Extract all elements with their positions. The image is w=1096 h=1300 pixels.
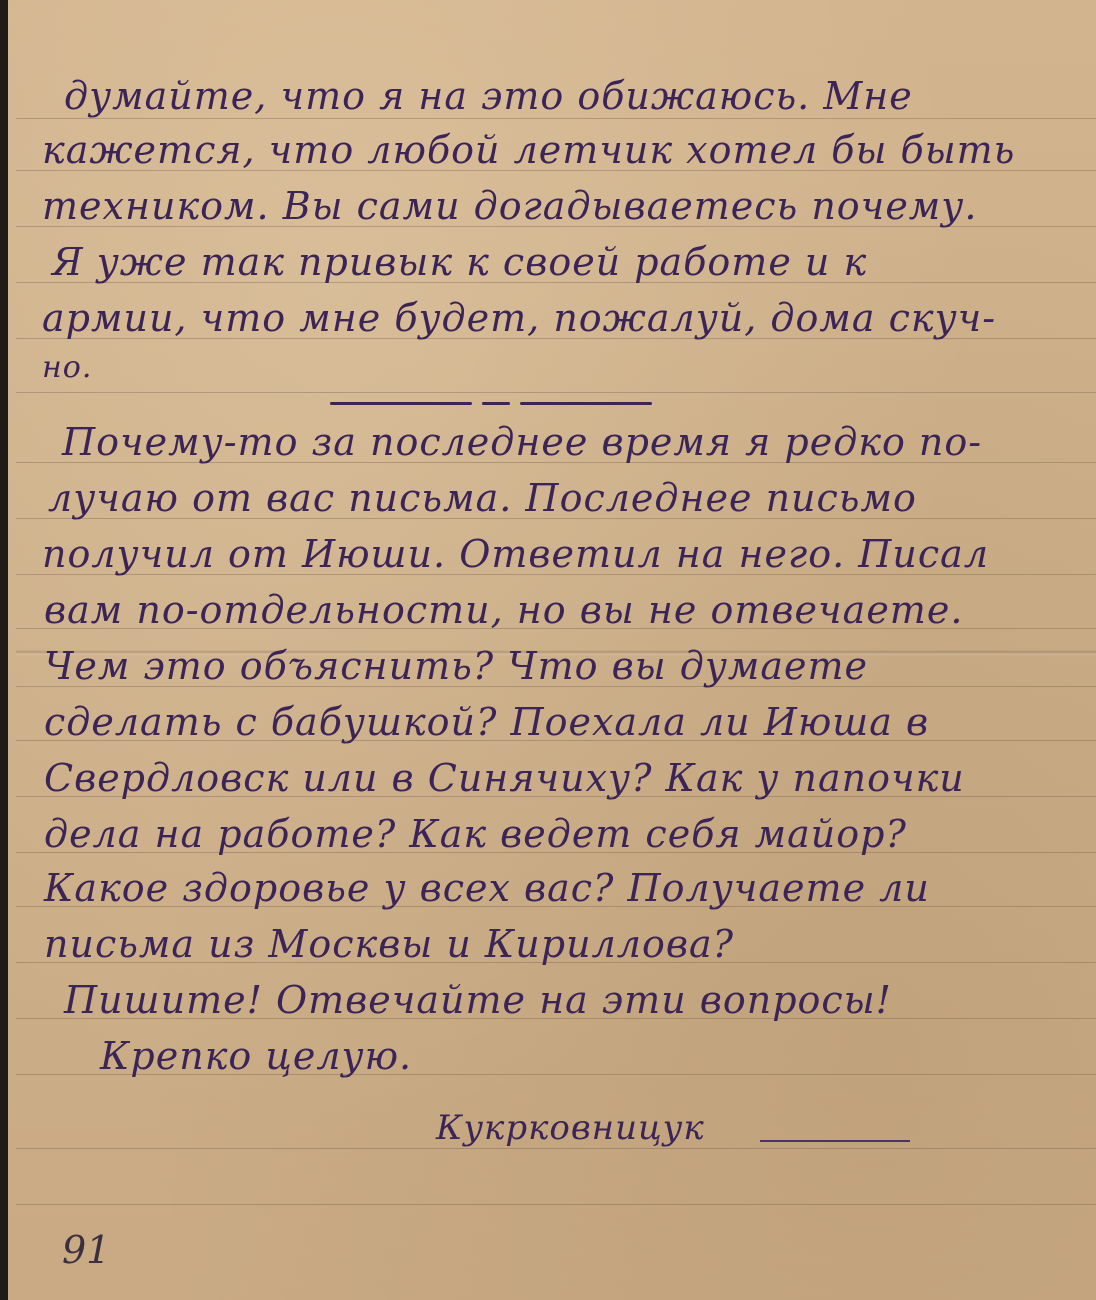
letter-line: кажется, что любой летчик хотел бы быть <box>42 128 1015 172</box>
letter-line: Какое здоровье у всех вас? Получаете ли <box>44 866 930 910</box>
letter-line: думайте, что я на это обижаюсь. Мне <box>64 74 913 118</box>
letter-line: письма из Москвы и Кириллова? <box>44 922 734 966</box>
letter-line: Свердловск или в Синячиху? Как у папочки <box>44 756 965 800</box>
letter-line: Я уже так привык к своей работе и к <box>52 240 867 284</box>
ruled-line <box>16 1204 1096 1205</box>
scan-edge <box>0 0 8 1300</box>
ruled-line <box>16 118 1096 119</box>
page-number: 91 <box>62 1228 110 1272</box>
letter-line: Почему-то за последнее время я редко по- <box>62 420 982 464</box>
letter-line: вам по-отдельности, но вы не отвечаете. <box>44 588 963 632</box>
letter-line: получил от Июши. Ответил на него. Писал <box>42 532 989 576</box>
separator-dash <box>520 402 652 405</box>
ruled-line <box>16 1148 1096 1149</box>
letter-line: лучаю от вас письма. Последнее письмо <box>48 476 917 520</box>
ruled-line <box>16 392 1096 393</box>
letter-line: дела на работе? Как ведет себя майор? <box>44 812 907 856</box>
letter-line: сделать с бабушкой? Поехала ли Июша в <box>44 700 929 744</box>
letter-line: Чем это объяснить? Что вы думаете <box>44 644 868 688</box>
letter-page: думайте, что я на это обижаюсь. Мне каже… <box>8 0 1096 1300</box>
closing-line: Крепко целую. <box>100 1034 412 1078</box>
letter-line: армии, что мне будет, пожалуй, дома скуч… <box>42 296 996 340</box>
letter-line: но. <box>42 350 92 385</box>
signature-underline <box>760 1140 910 1142</box>
separator-dash <box>330 402 472 405</box>
signature: Кукрковницук <box>436 1108 705 1148</box>
letter-line: Пишите! Отвечайте на эти вопросы! <box>64 978 892 1022</box>
separator-dash <box>482 402 510 405</box>
letter-line: техником. Вы сами догадываетесь почему. <box>42 184 977 228</box>
